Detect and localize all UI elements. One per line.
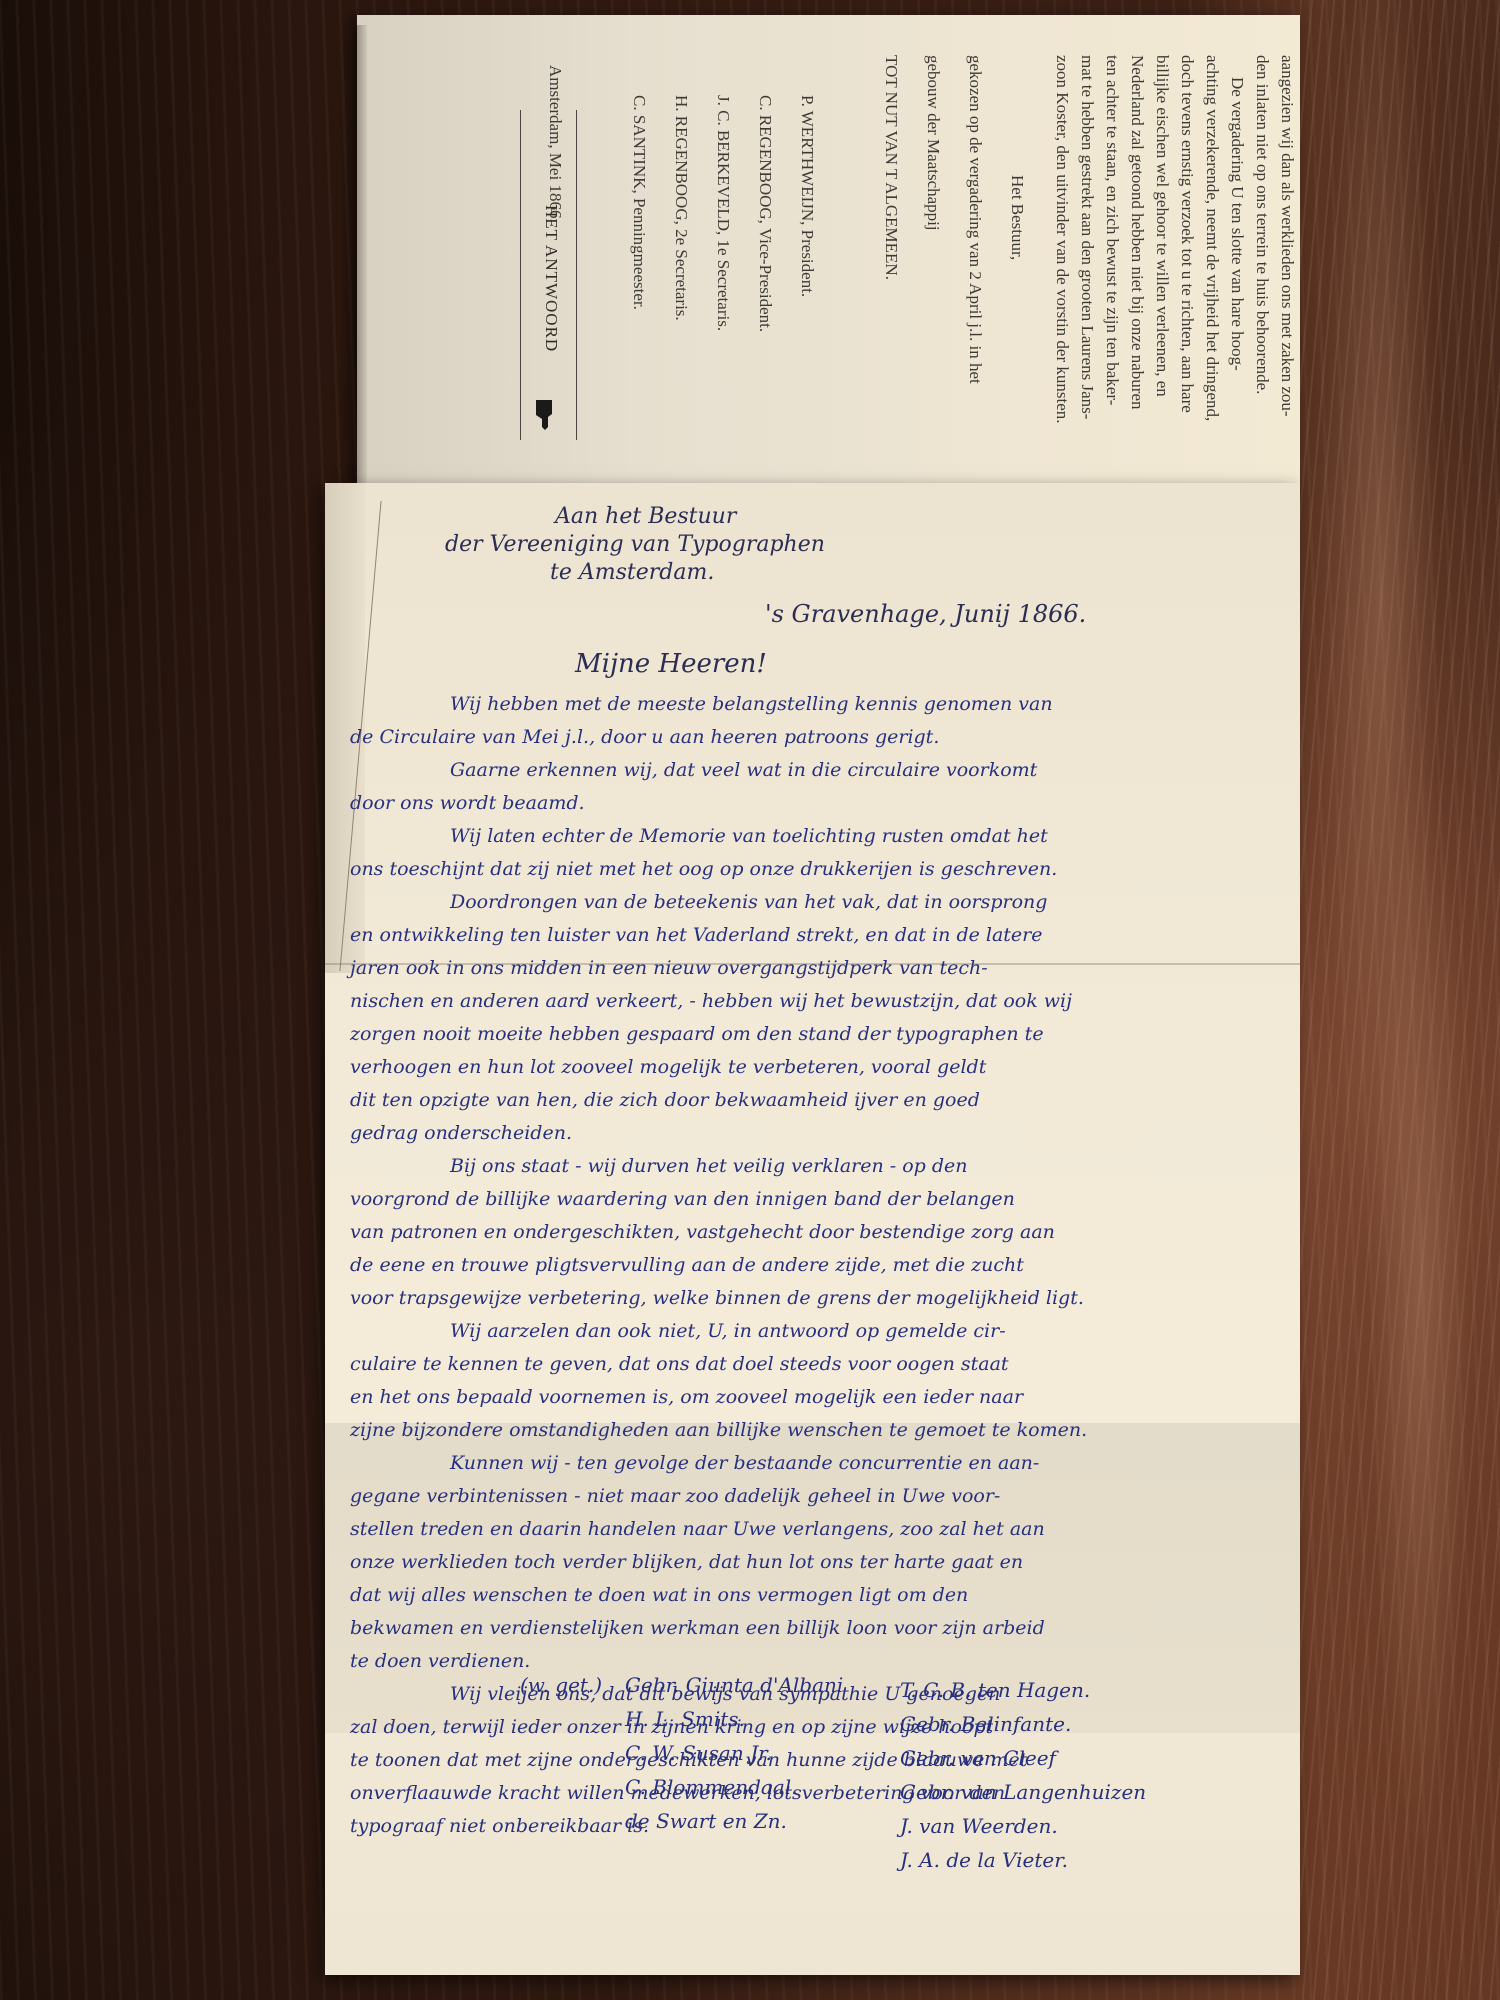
letter-line: dat wij alles wenschen te doen wat in on… bbox=[350, 1579, 1250, 1612]
signature: H. L. Smits. bbox=[520, 1702, 843, 1736]
signature: J. A. de la Vieter. bbox=[900, 1843, 1146, 1877]
letter-line: Wij laten echter de Memorie van toelicht… bbox=[350, 820, 1250, 853]
address-line: Aan het Bestuur bbox=[445, 503, 825, 531]
signature: J. van Weerden. bbox=[900, 1809, 1146, 1843]
letter-line: voor trapsgewijze verbetering, welke bin… bbox=[350, 1282, 1250, 1315]
printed-line: den inlaten niet op ons terrein te huis … bbox=[1250, 55, 1275, 475]
address-line: der Vereeniging van Typographen bbox=[445, 531, 825, 559]
letter-line: de Circulaire van Mei j.l., door u aan h… bbox=[350, 721, 1250, 754]
printed-line: zoon Koster, den uitvinder van de vorsti… bbox=[1050, 55, 1075, 475]
printed-paragraph: aangezien wij dan als werklieden ons met… bbox=[1050, 55, 1300, 475]
letter-line: Wij aarzelen dan ook niet, U, in antwoor… bbox=[350, 1315, 1250, 1348]
printed-line: TOT NUT VAN T ALGEMEEN. bbox=[879, 55, 904, 384]
letter-date: 's Gravenhage, Junij 1866. bbox=[765, 598, 1086, 631]
letter-line: ons toeschijnt dat zij niet met het oog … bbox=[350, 853, 1250, 886]
letter-address: Aan het Bestuur der Vereeniging van Typo… bbox=[445, 503, 825, 587]
letter-line: culaire te kennen te geven, dat ons dat … bbox=[350, 1348, 1250, 1381]
board-member: J. C. BERKEVELD, 1e Secretaris. bbox=[711, 55, 736, 384]
letter-line: bekwamen en verdienstelijken werkman een… bbox=[350, 1612, 1250, 1645]
letter-line: en ontwikkeling ten luister van het Vade… bbox=[350, 919, 1250, 952]
printed-line: De vergadering U ten slotte van hare hoo… bbox=[1225, 55, 1250, 475]
printed-line: aangezien wij dan als werklieden ons met… bbox=[1275, 55, 1300, 475]
letter-line: door ons wordt beaamd. bbox=[350, 787, 1250, 820]
letter-line: gedrag onderscheiden. bbox=[350, 1117, 1250, 1150]
printed-signature-block: Het Bestuur,gekozen op de vergadering va… bbox=[526, 55, 1047, 384]
signoff: Het Bestuur, bbox=[1005, 55, 1030, 384]
address-line: te Amsterdam. bbox=[445, 559, 825, 587]
printed-line: mat te hebben gestrekt aan den grooten L… bbox=[1075, 55, 1100, 475]
letter-line: gegane verbintenissen - niet maar zoo da… bbox=[350, 1480, 1250, 1513]
signatures-left: (w. get.)Gebr. Giunta d'AlbaniH. L. Smit… bbox=[520, 1668, 843, 1838]
letter-line: dit ten opzigte van hen, die zich door b… bbox=[350, 1084, 1250, 1117]
letter-line: zijne bijzondere omstandigheden aan bill… bbox=[350, 1414, 1250, 1447]
signature-prefix: (w. get.) bbox=[520, 1668, 625, 1702]
printed-page: HET ANTWOORD aangezien wij dan als werkl… bbox=[357, 15, 1300, 495]
signature: Gebr. van Cleef bbox=[900, 1741, 1146, 1775]
signatures-right: T. C. B. ten Hagen.Gebr. Belinfante.Gebr… bbox=[900, 1673, 1146, 1877]
letter-line: jaren ook in ons midden in een nieuw ove… bbox=[350, 952, 1250, 985]
letter-line: zorgen nooit moeite hebben gespaard om d… bbox=[350, 1018, 1250, 1051]
board-member: P. WERTHWEIJN, President. bbox=[795, 55, 820, 384]
signature: Gebr. van Langenhuizen bbox=[900, 1775, 1146, 1809]
letter-line: Doordrongen van de beteekenis van het va… bbox=[350, 886, 1250, 919]
signature: (w. get.)Gebr. Giunta d'Albani bbox=[520, 1668, 843, 1702]
printed-line: gebouw der Maatschappij bbox=[921, 55, 946, 384]
letter-line: Kunnen wij - ten gevolge der bestaande c… bbox=[350, 1447, 1250, 1480]
page-curl bbox=[357, 25, 367, 485]
printed-line: doch tevens ernstig verzoek tot u te ric… bbox=[1175, 55, 1200, 475]
wood-grain-highlight bbox=[1300, 0, 1500, 2000]
signature: C. Blommendaal. bbox=[520, 1770, 843, 1804]
spacer bbox=[585, 55, 610, 384]
board-member: C. SANTINK, Penningmeester. bbox=[627, 55, 652, 384]
printed-line: gekozen op de vergadering van 2 April j.… bbox=[963, 55, 988, 384]
printed-line: billijke eischen wel gehoor te willen ve… bbox=[1150, 55, 1175, 475]
letter-line: onze werklieden toch verder blijken, dat… bbox=[350, 1546, 1250, 1579]
letter-line: en het ons bepaald voornemen is, om zoov… bbox=[350, 1381, 1250, 1414]
signature: C. W. Susan Jr. bbox=[520, 1736, 843, 1770]
letter-line: Wij hebben met de meeste belangstelling … bbox=[350, 688, 1250, 721]
board-member: C. REGENBOOG, Vice-President. bbox=[753, 55, 778, 384]
letter-line: van patronen en ondergeschikten, vastgeh… bbox=[350, 1216, 1250, 1249]
place-date: Amsterdam, Mei 1866. bbox=[543, 55, 568, 384]
pointing-hand-icon bbox=[532, 400, 558, 430]
signature-name: Gebr. Giunta d'Albani bbox=[625, 1673, 843, 1697]
board-member: H. REGENBOOG, 2e Secretaris. bbox=[669, 55, 694, 384]
printed-line: achting verzekerende, neemt de vrijheid … bbox=[1200, 55, 1225, 475]
signature: de Swart en Zn. bbox=[520, 1804, 843, 1838]
letter-salutation: Mijne Heeren! bbox=[575, 648, 767, 681]
signature: Gebr. Belinfante. bbox=[900, 1707, 1146, 1741]
letter-line: de eene en trouwe pligtsvervulling aan d… bbox=[350, 1249, 1250, 1282]
letter-line: stellen treden en daarin handelen naar U… bbox=[350, 1513, 1250, 1546]
signature: T. C. B. ten Hagen. bbox=[900, 1673, 1146, 1707]
handwritten-letter: Aan het Bestuur der Vereeniging van Typo… bbox=[325, 483, 1300, 1975]
letter-line: Gaarne erkennen wij, dat veel wat in die… bbox=[350, 754, 1250, 787]
letter-line: verhoogen en hun lot zooveel mogelijk te… bbox=[350, 1051, 1250, 1084]
letter-line: Bij ons staat - wij durven het veilig ve… bbox=[350, 1150, 1250, 1183]
letter-line: voorgrond de billijke waardering van den… bbox=[350, 1183, 1250, 1216]
printed-line: Nederland zal getoond hebben niet bij on… bbox=[1125, 55, 1150, 475]
printed-line: ten achter te staan, en zich bewust te z… bbox=[1100, 55, 1125, 475]
letter-line: nischen en anderen aard verkeert, - hebb… bbox=[350, 985, 1250, 1018]
spacer bbox=[837, 55, 862, 384]
